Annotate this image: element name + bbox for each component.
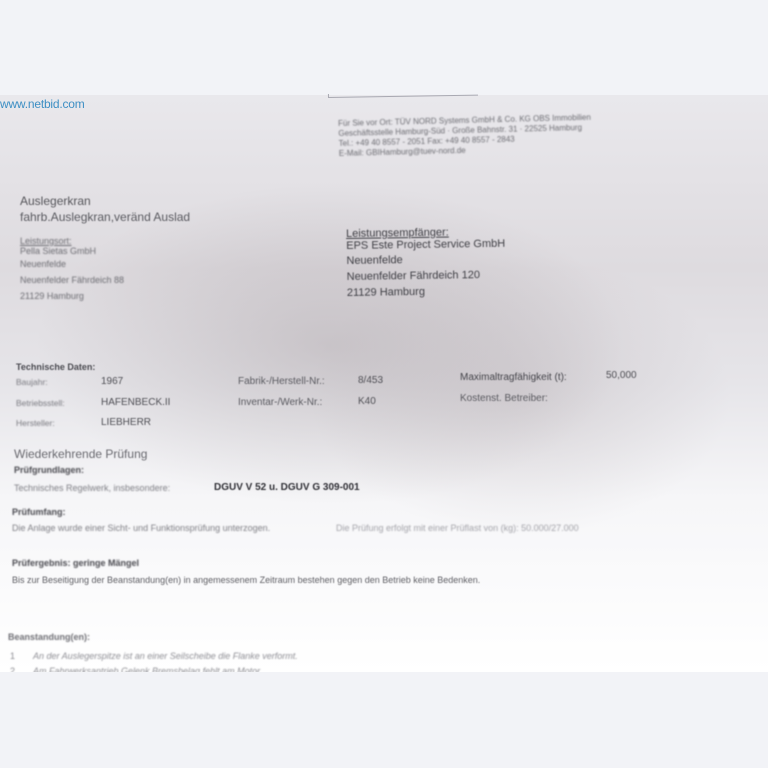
service-location-line: Neuenfelder Fährdeich 88	[20, 272, 124, 288]
service-location-line: Pella Sietas GmbH	[20, 246, 124, 256]
recipient-line: EPS Este Project Service GmbH	[346, 238, 505, 253]
ergebnis-text: Bis zur Beseitigung der Beanstandung(en)…	[12, 575, 480, 585]
inventar-label: Inventar-/Werk-Nr.:	[238, 397, 322, 408]
ergebnis-heading: Prüfergebnis: geringe Mängel	[12, 558, 139, 568]
complaints-heading: Beanstandung(en):	[8, 632, 90, 642]
baujahr-label: Baujahr:	[16, 377, 48, 387]
umfang-heading: Prüfumfang:	[12, 507, 66, 517]
watermark-link[interactable]: www.netbid.com	[0, 97, 85, 111]
service-location-line: 21129 Hamburg	[20, 288, 124, 304]
complaint-item: An der Auslegerspitze ist an einer Seils…	[33, 651, 298, 661]
fabrik-value: 8/453	[358, 375, 383, 386]
betriebsstelle-value: HAFENBECK.II	[101, 397, 170, 408]
grundlagen-heading: Prüfgrundlagen:	[14, 465, 84, 475]
technical-heading: Technische Daten:	[16, 362, 95, 372]
inspection-title: Wiederkehrende Prüfung	[14, 447, 147, 461]
kostenstelle-label: Kostenst. Betreiber:	[460, 393, 548, 404]
service-location-line: Neuenfelde	[20, 256, 124, 272]
inventar-value: K40	[358, 396, 376, 407]
hersteller-value: LIEBHERR	[101, 417, 151, 428]
object-title: Auslegerkran	[20, 194, 91, 208]
betriebsstelle-label: Betriebsstell:	[16, 398, 65, 408]
complaint-number: 1	[10, 651, 15, 661]
recipient-address: Leistungsempfänger: EPS Este Project Ser…	[346, 227, 506, 301]
grundlagen-text: Technisches Regelwerk, insbesondere:	[14, 483, 170, 493]
umfang-text-b: Die Prüfung erfolgt mit einer Prüflast v…	[336, 523, 579, 533]
fabrik-label: Fabrik-/Herstell-Nr.:	[238, 376, 325, 387]
max-capacity-value: 50,000	[606, 370, 637, 381]
service-location-label: Leistungsort:	[20, 236, 124, 246]
baujahr-value: 1967	[101, 376, 123, 387]
max-capacity-label: Maximaltragfähigkeit (t):	[460, 372, 567, 383]
recipient-line: 21129 Hamburg	[347, 283, 506, 301]
issuer-header: Für Sie vor Ort: TÜV NORD Systems GmbH &…	[338, 113, 592, 159]
page-background-bottom	[0, 672, 768, 768]
umfang-text-a: Die Anlage wurde einer Sicht- und Funkti…	[12, 523, 270, 533]
grundlagen-value: DGUV V 52 u. DGUV G 309-001	[214, 482, 360, 493]
object-subtitle: fahrb.Auslegkran,veränd Auslad	[20, 210, 190, 224]
hersteller-label: Hersteller:	[16, 418, 55, 428]
service-location: Leistungsort: Pella Sietas GmbH Neuenfel…	[20, 236, 124, 304]
